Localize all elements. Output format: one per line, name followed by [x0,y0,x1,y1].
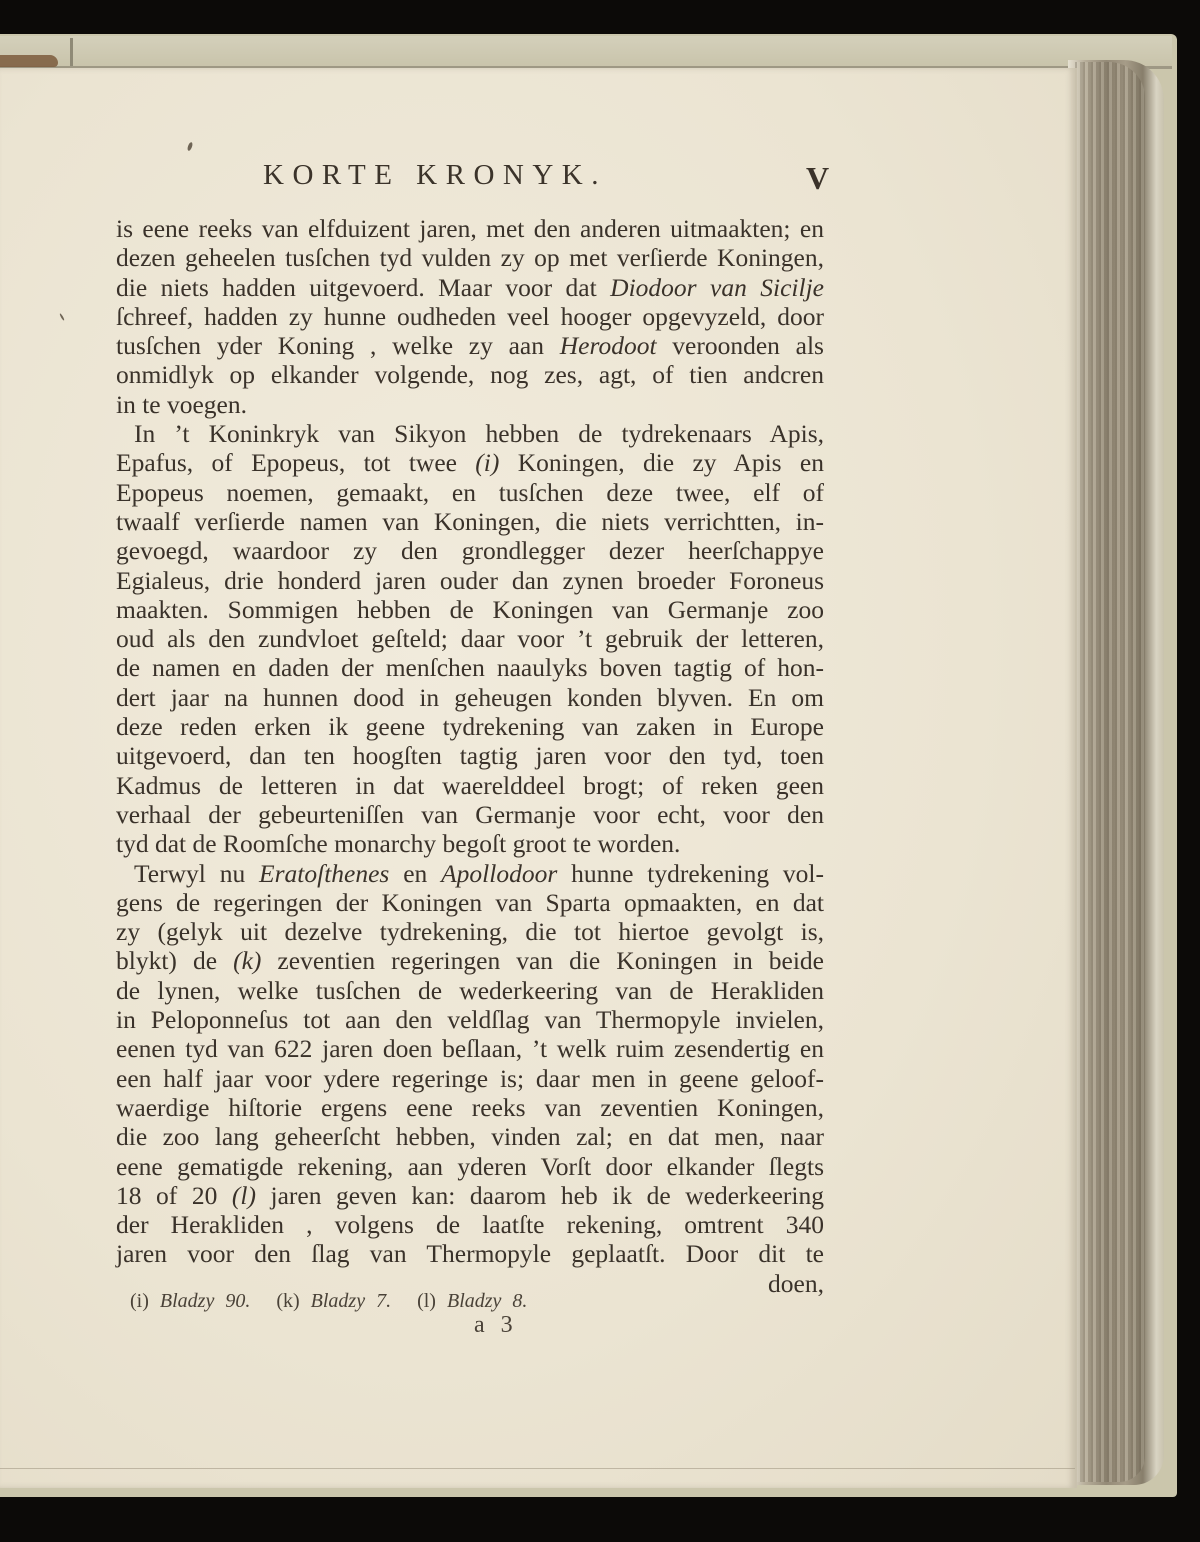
running-head: KORTE KRONYK. [263,159,607,192]
text-line: in te voegen. [116,390,824,419]
paper-speck [59,313,65,321]
text-line: maakten. Sommigen hebben de Koningen van… [116,595,824,624]
text-line: twaalf verſierde namen van Koningen, die… [116,507,824,536]
text-line: gevoegd, waardoor zy den grondlegger dez… [116,536,824,565]
text-line: eene gematigde rekening, aan yderen Vorſ… [116,1152,824,1181]
text-line: verhaal der gebeurteniſſen van Germanje … [116,800,824,829]
text-line: ſchreef, hadden zy hunne oudheden veel h… [116,302,824,331]
text-line: gens de regeringen der Koningen van Spar… [116,888,824,917]
text-line: de lynen, welke tusſchen de wederkeering… [116,976,824,1005]
text-line: deze reden erken ik geene tydrekening va… [116,712,824,741]
board-top-edge [0,36,1172,69]
text-line: jaren voor den ſlag van Thermopyle gepla… [116,1239,824,1268]
text-line: blykt) de (k) zeventien regeringen van d… [116,946,824,975]
page-number: V [806,160,829,197]
board-seam [70,38,73,66]
text-line: Terwyl nu Eratoſthenes en Apollodoor hun… [116,859,824,888]
text-line: Epopeus noemen, gemaakt, en tusſchen dez… [116,478,824,507]
text-line: der Herakliden , volgens de laatſte reke… [116,1210,824,1239]
page-stack-edges [1075,62,1145,1482]
text-line: In ’t Koninkryk van Sikyon hebben de tyd… [116,419,824,448]
signature-mark: a 3 [474,1312,513,1339]
footnotes: (i) Bladzy 90.(k) Bladzy 7.(l) Bladzy 8. [130,1290,553,1313]
text-line: Egialeus, drie honderd jaren ouder dan z… [116,566,824,595]
text-line: oud als den zundvloet geſteld; daar voor… [116,624,824,653]
text-line: dezen geheelen tusſchen tyd vulden zy op… [116,243,824,272]
text-line: de namen en daden der menſchen naaulyks … [116,653,824,682]
text-line: waerdige hiſtorie ergens eene reeks van … [116,1093,824,1122]
text-line: die niets hadden uitgevoerd. Maar voor d… [116,273,824,302]
text-line: uitgevoerd, dan ten hoogſten tagtig jare… [116,741,824,770]
text-line: onmidlyk op elkander volgende, nog zes, … [116,360,824,389]
text-line: tusſchen yder Koning , welke zy aan Hero… [116,331,824,360]
text-line: 18 of 20 (l) jaren geven kan: daarom heb… [116,1181,824,1210]
text-line: Epafus, of Epopeus, tot twee (i) Koninge… [116,448,824,477]
text-line: in Peloponneſus tot aan den veldſlag van… [116,1005,824,1034]
text-line: dert jaar na hunnen dood in geheugen kon… [116,683,824,712]
paper-speck [187,142,194,152]
footnote: (i) Bladzy 90. [130,1290,250,1312]
text-line: Kadmus de letteren in dat waerelddeel br… [116,771,824,800]
board-stain [0,55,58,67]
text-line: is eene reeks van elfduizent jaren, met … [116,214,824,243]
text-line: eenen tyd van 622 jaren doen beſlaan, ’t… [116,1034,824,1063]
text-line: die zoo lang geheerſcht hebben, vinden z… [116,1122,824,1151]
text-line: een half jaar voor ydere regeringe is; d… [116,1064,824,1093]
text-line: zy (gelyk uit dezelve tydrekening, die t… [116,917,824,946]
text-line: tyd dat de Roomſche monarchy begoſt groo… [116,829,824,858]
body-text: is eene reeks van elfduizent jaren, met … [116,214,824,1298]
footnote: (k) Bladzy 7. [276,1290,391,1312]
page-bottom-edge [0,1468,1075,1472]
footnote: (l) Bladzy 8. [417,1290,527,1312]
